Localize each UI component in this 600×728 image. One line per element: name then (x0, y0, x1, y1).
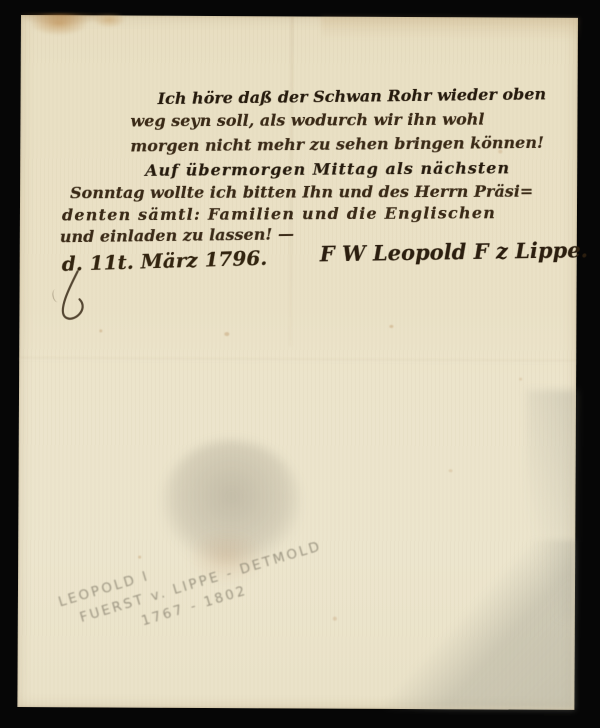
letter-body: Ich höre daß der Schwan Rohr wieder oben… (21, 15, 578, 18)
letter-line: Auf übermorgen Mittag als nächsten (145, 158, 510, 180)
bottom-right-corner-shadow (384, 539, 575, 710)
fox-spot (333, 617, 337, 621)
fox-spot (389, 325, 393, 328)
foxing-stain-top-left (21, 13, 141, 60)
horizontal-fold-crease (19, 357, 576, 363)
letter-line: Ich höre daß der Schwan Rohr wieder oben (157, 84, 546, 108)
letter-line: Sonntag wollte ich bitten Ihn und des He… (70, 182, 533, 203)
letter-line: morgen nicht mehr zu sehen bringen könne… (130, 133, 544, 156)
date-line: d. 11t. März 1796. (61, 246, 267, 276)
photograph-black-backdrop: { "letter": { "lines": [ "Ich höre daß d… (0, 0, 600, 728)
letter-paper-sheet: Ich höre daß der Schwan Rohr wieder oben… (17, 15, 578, 710)
stray-pencil-mark (51, 289, 61, 303)
pencil-annotation: LEOPOLD I FUERST v. LIPPE - DETMOLD 1767… (56, 516, 331, 653)
fox-spot (99, 329, 102, 332)
letter-line: und einladen zu lassen! — (60, 224, 294, 246)
vertical-fold-crease (289, 16, 293, 346)
fox-spot (138, 556, 141, 559)
foxing-tint-top-edge (321, 17, 579, 48)
letter-line: denten sämtl: Familien und die Englische… (62, 203, 496, 224)
fox-spot (224, 332, 229, 336)
signature: F W Leopold F z Lippe. (320, 237, 589, 266)
letter-line: weg seyn soll, als wodurch wir ihn wohl (130, 110, 484, 131)
fox-spot (519, 378, 522, 381)
fox-spot (449, 469, 453, 472)
ink-flourish (55, 267, 145, 327)
right-edge-shadow (525, 390, 576, 620)
